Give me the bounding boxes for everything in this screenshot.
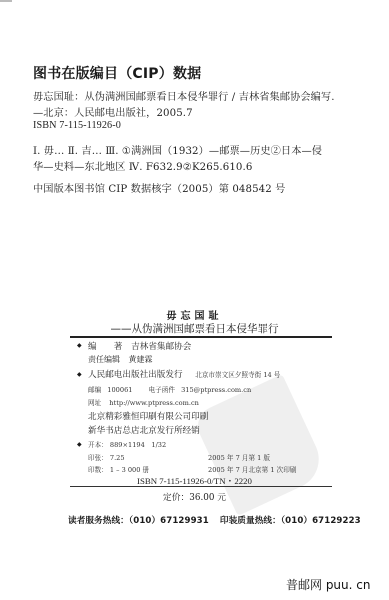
publisher-name: 人民邮电出版社出版发行 xyxy=(88,370,183,380)
distributor-line: 新华书店总店北京发行所经销 xyxy=(88,424,200,436)
website-link[interactable]: http://www.ptpress.com.cn xyxy=(109,399,199,407)
book-subtitle: ——从伪满洲国邮票看日本侵华罪行 xyxy=(0,321,389,336)
copies-row: 印数： 1 – 3 000 册 xyxy=(88,464,149,474)
cip-title-line: 毋忘国耻：从伪满洲国邮票看日本侵华罪行 / 吉林省集邮协会编写. xyxy=(33,88,335,103)
contact-row: 邮编 100061 电子函件 315@ptpress.com.cn xyxy=(88,384,251,394)
bullet-icon: ◆ xyxy=(77,371,82,378)
email-label: 电子函件 xyxy=(149,386,175,394)
editor-label: 编 著 xyxy=(88,342,122,352)
sheets-label: 印张： xyxy=(88,454,108,462)
printer-line: 北京精彩雅恒印刷有限公司印刷 xyxy=(88,410,208,422)
scan-corner-mark xyxy=(0,0,12,2)
publisher-row: 人民邮电出版社出版发行 北京市崇文区夕照寺街 14 号 xyxy=(88,368,280,380)
cip-subject-line-2: 华—史料—东北地区 Ⅳ. F632.9②K265.610.6 xyxy=(33,158,252,173)
postcode-label: 邮编 xyxy=(88,386,101,394)
quality-hotline: 印装质量热线：（010）67129223 xyxy=(220,516,361,526)
editor-value: 吉林省集邮协会 xyxy=(131,342,191,352)
website-label: 网址 xyxy=(88,399,101,407)
book-title: 毋忘国耻 xyxy=(0,307,389,322)
responsible-editor-value: 黄建霖 xyxy=(129,355,153,364)
publisher-address: 北京市崇文区夕照寺街 14 号 xyxy=(195,371,280,379)
copies-label: 印数： xyxy=(88,466,108,474)
cip-isbn-line: ISBN 7-115-11926-0 xyxy=(33,120,121,131)
cip-heading: 图书在版编目（CIP）数据 xyxy=(33,63,201,83)
responsible-editor-row: 责任编辑 黄建霖 xyxy=(88,354,153,365)
reader-hotline: 读者服务热线：（010）67129931 xyxy=(68,516,209,526)
edition-line: 2005 年 7 月第 1 版 xyxy=(208,452,270,462)
top-divider xyxy=(70,336,332,338)
bullet-icon: ◆ xyxy=(77,441,82,448)
email-value[interactable]: 315@ptpress.com.cn xyxy=(181,386,251,394)
sheets-row: 印张： 7.25 xyxy=(88,452,125,462)
postcode-value: 100061 xyxy=(107,386,132,394)
format-value: 889×1194 1/32 xyxy=(110,441,166,449)
bottom-divider xyxy=(70,486,332,487)
cip-subject-line-1: Ⅰ. 毋… Ⅱ. 吉… Ⅲ. ①满洲国（1932）—邮票—历史②日本—侵 xyxy=(33,142,322,157)
site-watermark: 普邮网 puu. cn xyxy=(286,576,370,593)
responsible-editor-label: 责任编辑 xyxy=(88,355,120,364)
editor-row: 编 著 吉林省集邮协会 xyxy=(88,340,191,352)
hotlines: 读者服务热线：（010）67129931 印装质量热线：（010）6712922… xyxy=(68,514,361,526)
cip-library-note: 中国版本图书馆 CIP 数据核字（2005）第 048542 号 xyxy=(33,180,285,195)
website-row: 网址 http://www.ptpress.com.cn xyxy=(88,397,199,407)
sheets-value: 7.25 xyxy=(110,454,125,462)
price: 定价：36.00 元 xyxy=(0,490,389,503)
format-row: 开本： 889×1194 1/32 xyxy=(88,439,166,449)
format-label: 开本： xyxy=(88,441,108,449)
copies-value: 1 – 3 000 册 xyxy=(110,466,149,474)
printing-line: 2005 年 7 月北京第 1 次印刷 xyxy=(208,464,296,474)
cip-publisher-line: —北京：人民邮电出版社，2005.7 xyxy=(33,104,193,119)
bullet-icon: ◆ xyxy=(77,342,82,349)
